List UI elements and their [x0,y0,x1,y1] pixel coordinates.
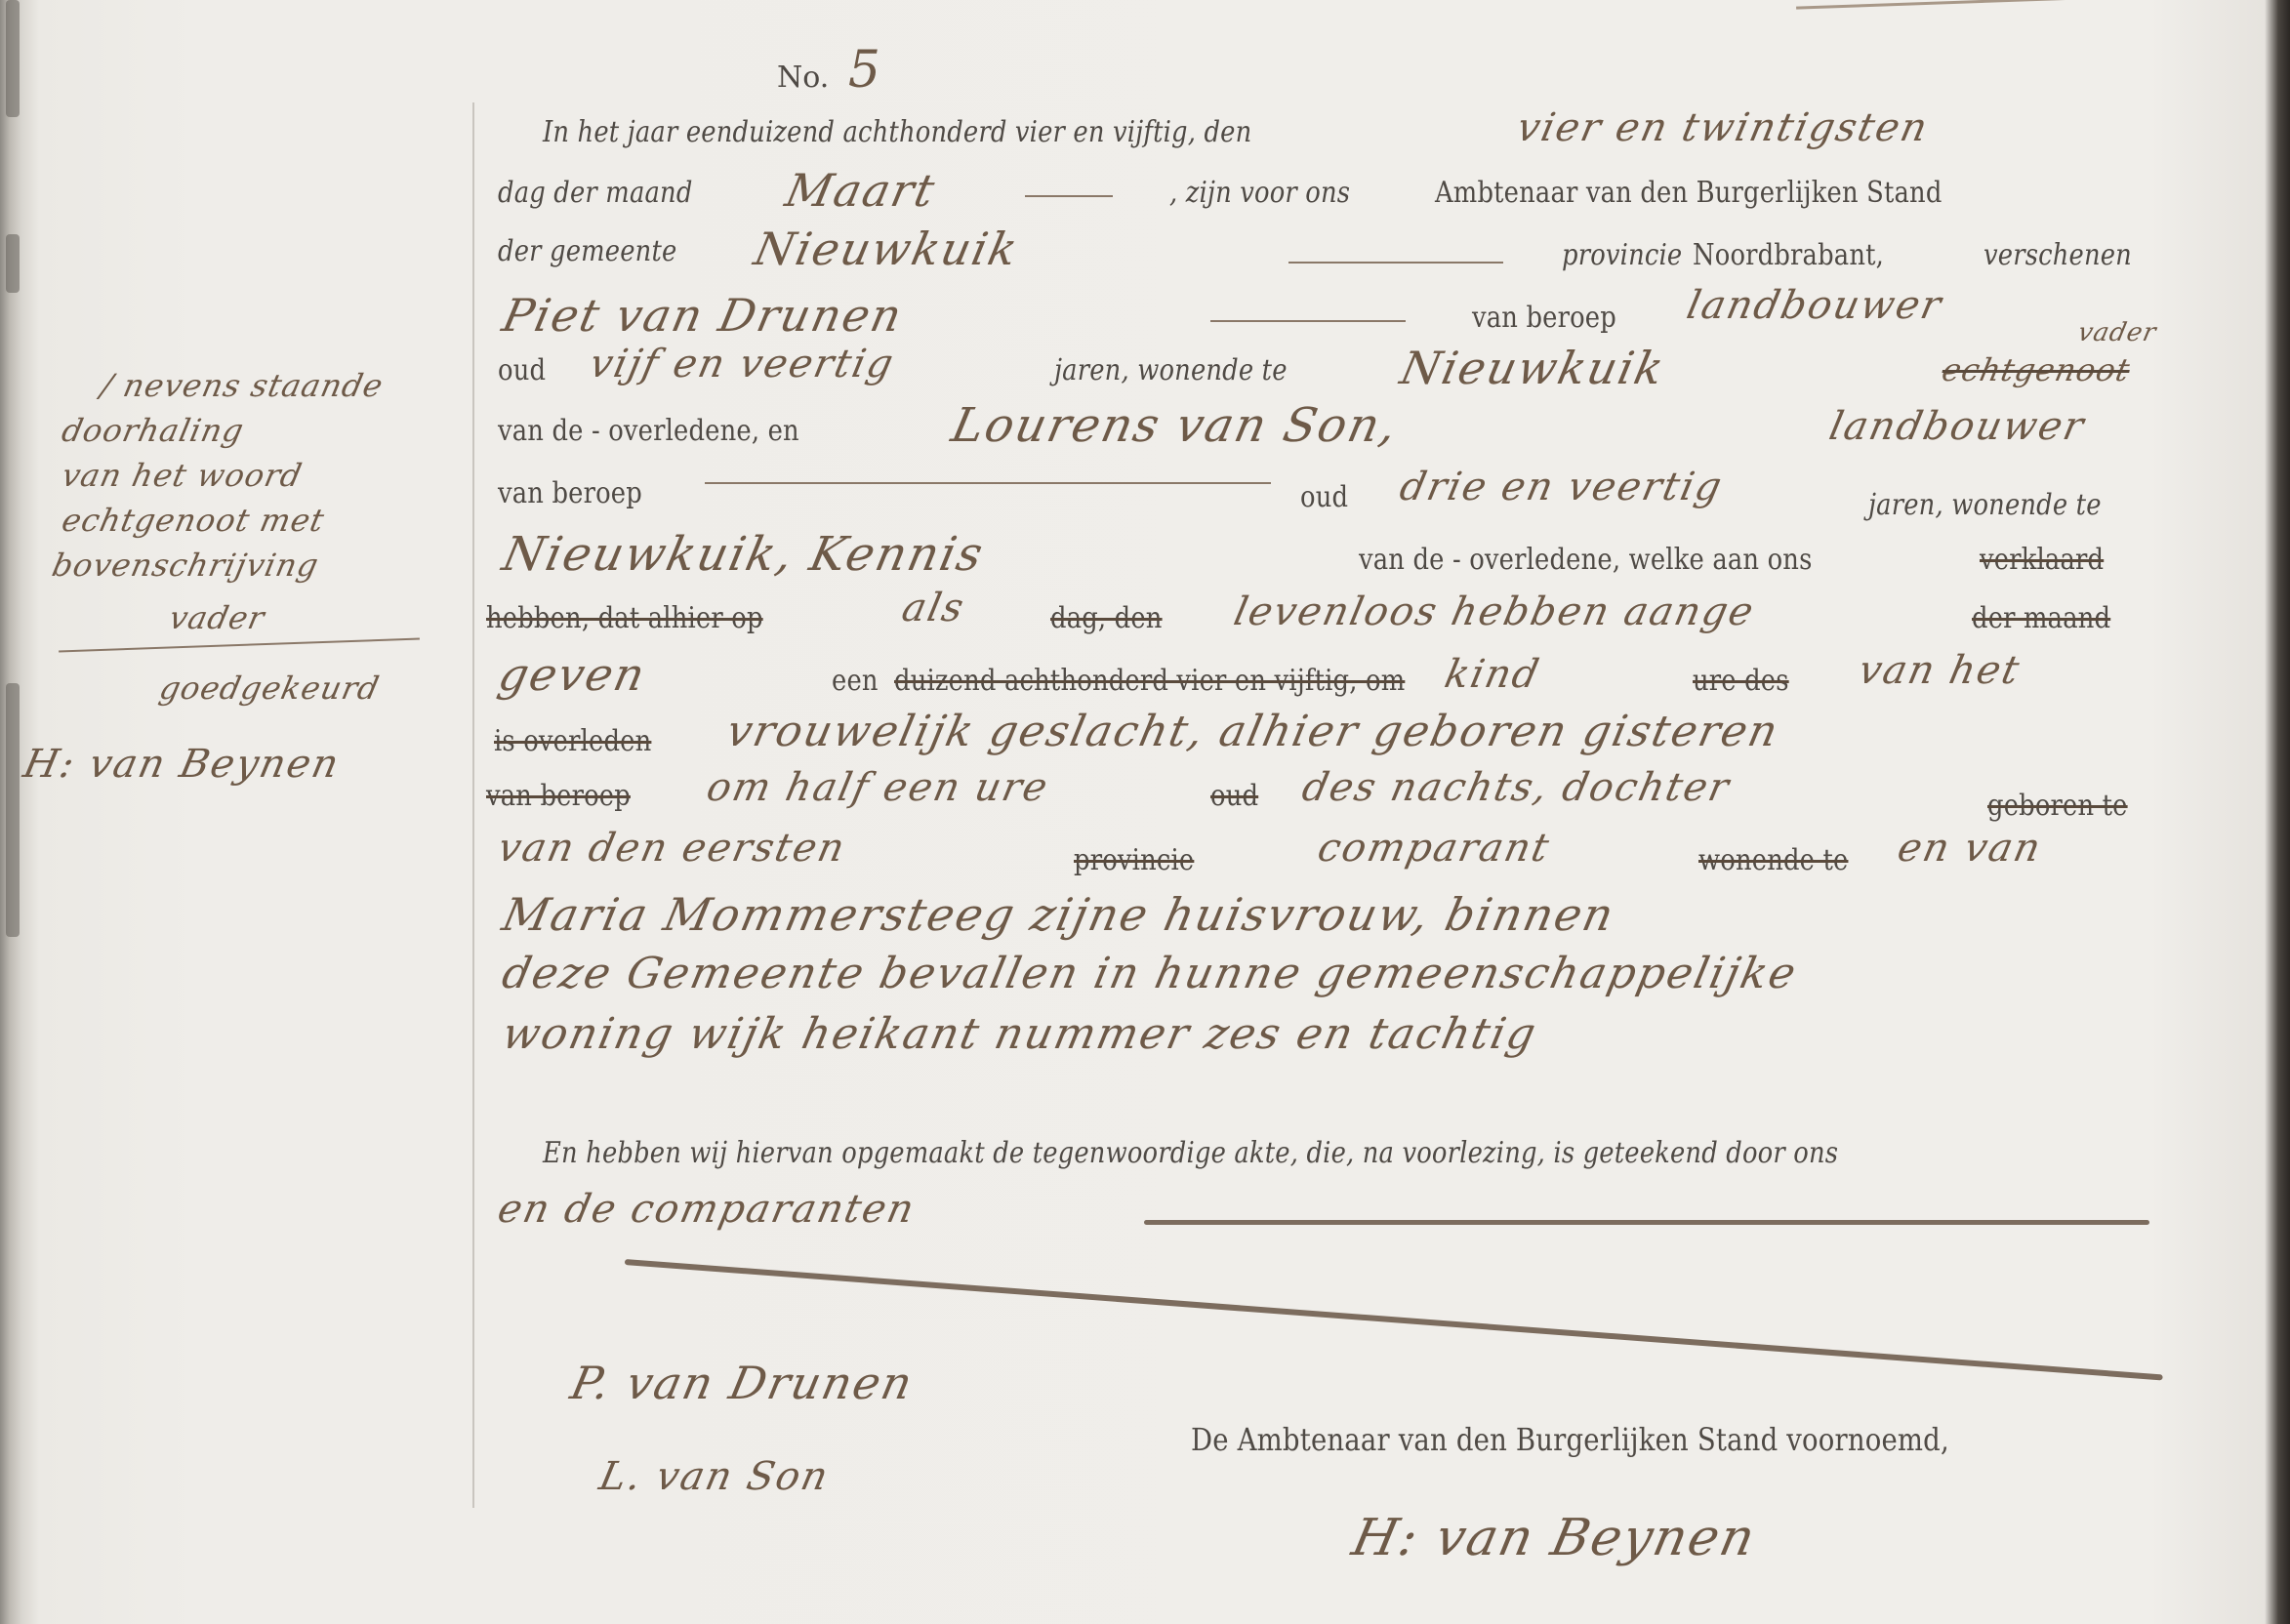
binding-shadow [6,0,20,117]
body-line-14-hand: Maria Mommersteeg zijne huisvrouw, binne… [498,888,1620,941]
binding-shadow [6,683,20,937]
body-line-10-printed: een [832,664,879,698]
body-line-5-hand-a: vijf en veertig [586,342,899,386]
signature-official: H: van Beynen [1347,1509,1762,1567]
margin-note-line: / nevens staande [98,367,387,404]
body-line-3-printed-c-italic: verschenen [1983,238,2132,272]
record-number: No. 5 [777,41,873,100]
body-line-8-hand-a: Nieuwkuik, Kennis [498,527,989,582]
body-line-8-printed: van de - overledene, welke aan ons [1359,543,1813,577]
margin-note-rule [59,638,420,653]
body-line-6-printed: van de - overledene, en [498,414,799,448]
body-line-2-printed-b-italic: , zijn voor ons [1169,176,1350,210]
body-line-5-printed-a: oud [498,353,546,387]
body-line-3-printed-b-italic: provincie [1562,238,1682,272]
margin-note-line: echtgenoot met [59,502,328,539]
body-line-7-hand: drie en veertig [1396,465,1727,509]
closing-hand: en de comparanten [494,1187,920,1232]
body-line-5-printed-b: jaren, wonende te [1054,353,1288,387]
body-line-10-strike-b: ure des [1693,664,1789,698]
body-line-6-hand-b: landbouwer [1825,404,2089,449]
register-page: No. 5 In het jaar eenduizend achthonderd… [0,0,2290,1624]
body-line-9-hand-b: levenloos hebben aange [1230,589,1759,634]
body-line-13-hand-c: en van [1894,826,2046,871]
body-line-4-hand-a: Piet van Drunen [498,289,908,342]
body-line-4-printed: van beroep [1472,301,1616,335]
closing-fill-line [1144,1220,2149,1225]
body-line-12-hand-a: om half een ure [703,765,1053,810]
body-line-12-strike-b: oud [1210,779,1258,813]
body-line-13-strike-b: wonende te [1698,843,1848,877]
body-line-2-hand: Maart [781,164,941,217]
body-line-7-printed-b: oud [1300,480,1348,514]
body-line-5-hand-b: Nieuwkuik [1396,342,1670,394]
body-line-11-hand: vrouwelijk geslacht, alhier geboren gist… [722,707,1783,756]
body-line-1-printed: In het jaar eenduizend achthonderd vier … [543,115,1251,149]
margin-note-signature: H: van Beynen [20,742,345,787]
body-line-1-hand: vier en twintigsten [1513,105,1933,150]
number-value: 5 [848,41,882,100]
body-line-3-hand: Nieuwkuik [750,223,1024,275]
top-pen-stroke [1796,0,2167,10]
body-line-7-printed-a: van beroep [498,476,642,510]
signature-witness2: L. van Son [595,1454,834,1499]
body-line-10-hand-c: van het [1855,648,2024,693]
signature-witness1: P. van Drunen [566,1357,919,1409]
body-line-11-strike: is overleden [494,724,651,758]
body-line-9-strike-a: hebben, dat alhier op [486,601,763,635]
body-line-4-hand-b: landbouwer [1683,283,1946,328]
body-line-15-hand: deze Gemeente bevallen in hunne gemeensc… [498,949,1802,998]
body-line-3-printed-b: Noordbrabant, [1693,238,1884,272]
body-line-9-strike-b: dag, den [1050,601,1163,635]
body-line-12-strike-a: van beroep [486,779,631,813]
body-line-10-hand-b: kind [1441,652,1544,697]
body-line-6-hand-a: Lourens van Son, [947,398,1404,453]
body-line-10-strike-a: duizend achthonderd vier en vijftig, om [894,664,1405,698]
body-line-5-strike: echtgenoot [1939,351,2134,388]
body-line-13-hand-a: van den eersten [494,826,850,871]
body-line-12-hand-b: des nachts, dochter [1298,765,1735,810]
fill-line [1288,262,1503,264]
body-line-5-hand-above: vader [2075,318,2159,347]
body-line-16-hand: woning wijk heikant nummer zes en tachti… [498,1009,1541,1059]
body-line-13-hand-b: comparant [1314,826,1554,871]
official-label: De Ambtenaar van den Burgerlijken Stand … [1191,1421,1949,1458]
margin-note-line: vader [166,599,268,636]
binding-shadow [6,234,20,293]
body-line-2-printed-b: Ambtenaar van den Burgerlijken Stand [1435,176,1942,210]
fill-line [1025,195,1113,197]
body-line-9-hand-a: als [898,586,969,630]
fill-line [1210,320,1406,322]
body-line-9-strike-c: der maand [1972,601,2110,635]
body-line-13-strike-a: provincie [1074,843,1194,877]
body-line-10-hand-a: geven [494,648,651,701]
margin-note-line: bovenschrijving [49,547,322,584]
body-line-8-strike: verklaard [1980,543,2104,577]
fill-line [705,482,1271,484]
body-line-7-printed-c: jaren, wonende te [1868,488,2102,522]
body-line-2-printed-a: dag der maand [498,176,693,210]
margin-note-line: van het woord [59,457,306,494]
closing-printed: En hebben wij hiervan opgemaakt de tegen… [543,1136,1838,1170]
margin-note-line: doorhaling [59,412,248,449]
body-line-3-printed-a: der gemeente [498,234,676,268]
number-label: No. [777,61,829,95]
body-line-12-strike-c: geboren te [1987,789,2128,823]
margin-rule [472,102,474,1508]
margin-note-line: goedgekeurd [156,670,383,707]
